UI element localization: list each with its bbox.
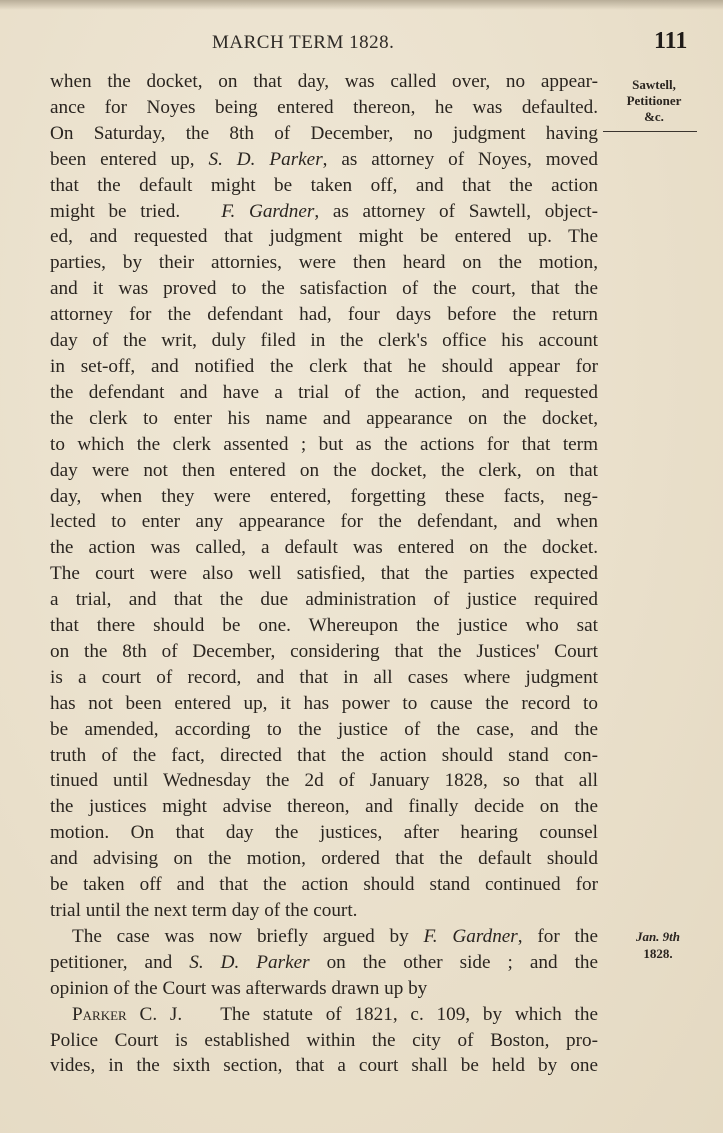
text-line: be amended, according to the justice of … — [50, 717, 598, 743]
body-text: when the docket, on that day, was called… — [50, 69, 598, 1079]
attorney-name: F. Gardner — [424, 926, 518, 947]
text-line: trial until the next term day of the cou… — [50, 898, 598, 924]
paragraph-1: when the docket, on that day, was called… — [50, 69, 598, 924]
text-line: truth of the fact, directed that the act… — [50, 743, 598, 769]
text-line: the defendant and have a trial of the ac… — [50, 380, 598, 406]
paragraph-3: Parker C. J. The statute of 1821, c. 109… — [50, 1002, 598, 1080]
text-line: the clerk to enter his name and appearan… — [50, 406, 598, 432]
text-run: , as attorney of Noyes, moved — [323, 149, 598, 170]
text-line: Police Court is established within the c… — [50, 1028, 598, 1054]
text-line: has not been entered up, it has power to… — [50, 691, 598, 717]
text-line: on the 8th of December, considering that… — [50, 639, 598, 665]
text-line: might be tried. F. Gardner, as attorney … — [50, 199, 598, 225]
text-line: and it was proved to the satisfaction of… — [50, 276, 598, 302]
text-line: tinued until Wednesday the 2d of January… — [50, 768, 598, 794]
judge-name: Parker C. J. — [72, 1004, 182, 1025]
text-line: Parker C. J. The statute of 1821, c. 109… — [50, 1002, 598, 1028]
text-line: that there should be one. Whereupon the … — [50, 613, 598, 639]
text-run: petitioner, and — [50, 952, 189, 973]
text-line: day of the writ, duly filed in the clerk… — [50, 328, 598, 354]
text-line: On Saturday, the 8th of December, no jud… — [50, 121, 598, 147]
case-caption-sidenote: Sawtell, Petitioner &c. — [608, 77, 700, 125]
text-line: parties, by their attornies, were then h… — [50, 250, 598, 276]
text-line: ance for Noyes being entered thereon, he… — [50, 95, 598, 121]
text-line: The case was now briefly argued by F. Ga… — [50, 924, 598, 950]
text-line: in set-off, and notified the clerk that … — [50, 354, 598, 380]
caption-rule-divider — [603, 131, 697, 132]
text-line: be taken off and that the action should … — [50, 872, 598, 898]
text-line: day were not then entered on the docket,… — [50, 458, 598, 484]
text-line: ed, and requested that judgment might be… — [50, 224, 598, 250]
text-line: petitioner, and S. D. Parker on the othe… — [50, 950, 598, 976]
caption-line: Petitioner — [608, 93, 700, 109]
page-top-shadow — [0, 0, 723, 10]
attorney-name: F. Gardner — [221, 201, 314, 222]
text-line: to which the clerk assented ; but as the… — [50, 432, 598, 458]
running-title: MARCH TERM 1828. — [212, 32, 394, 54]
date-sidenote: Jan. 9th 1828. — [618, 928, 698, 962]
running-header: MARCH TERM 1828. 111 — [0, 30, 723, 60]
text-run: been entered up, — [50, 149, 208, 170]
page-number: 111 — [654, 28, 687, 55]
text-line: is a court of record, and that in all ca… — [50, 665, 598, 691]
date-line: Jan. 9th — [618, 928, 698, 945]
text-line: that the default might be taken off, and… — [50, 173, 598, 199]
attorney-name: S. D. Parker — [189, 952, 309, 973]
text-line: The court were also well satisfied, that… — [50, 561, 598, 587]
text-line: opinion of the Court was afterwards draw… — [50, 976, 598, 1002]
text-line: and advising on the motion, ordered that… — [50, 846, 598, 872]
text-run: on the other side ; and the — [310, 952, 598, 973]
caption-line: Sawtell, — [608, 77, 700, 93]
text-line: attorney for the defendant had, four day… — [50, 302, 598, 328]
text-line: vides, in the sixth section, that a cour… — [50, 1053, 598, 1079]
text-run: The statute of 1821, c. 109, by which th… — [182, 1004, 598, 1025]
caption-line: &c. — [608, 109, 700, 125]
text-line: day, when they were entered, forgetting … — [50, 484, 598, 510]
text-run: The case was now briefly argued by — [72, 926, 424, 947]
text-line: a trial, and that the due administration… — [50, 587, 598, 613]
text-line: when the docket, on that day, was called… — [50, 69, 598, 95]
text-line: the action was called, a default was ent… — [50, 535, 598, 561]
year-line: 1828. — [618, 945, 698, 962]
attorney-name: S. D. Parker — [208, 149, 322, 170]
text-line: lected to enter any appearance for the d… — [50, 509, 598, 535]
text-line: the justices might advise thereon, and f… — [50, 794, 598, 820]
text-line: been entered up, S. D. Parker, as attorn… — [50, 147, 598, 173]
paragraph-2: The case was now briefly argued by F. Ga… — [50, 924, 598, 1002]
text-line: motion. On that day the justices, after … — [50, 820, 598, 846]
text-run: , for the — [518, 926, 598, 947]
text-run: , as attorney of Sawtell, object- — [314, 201, 598, 222]
text-run: might be tried. — [50, 201, 221, 222]
